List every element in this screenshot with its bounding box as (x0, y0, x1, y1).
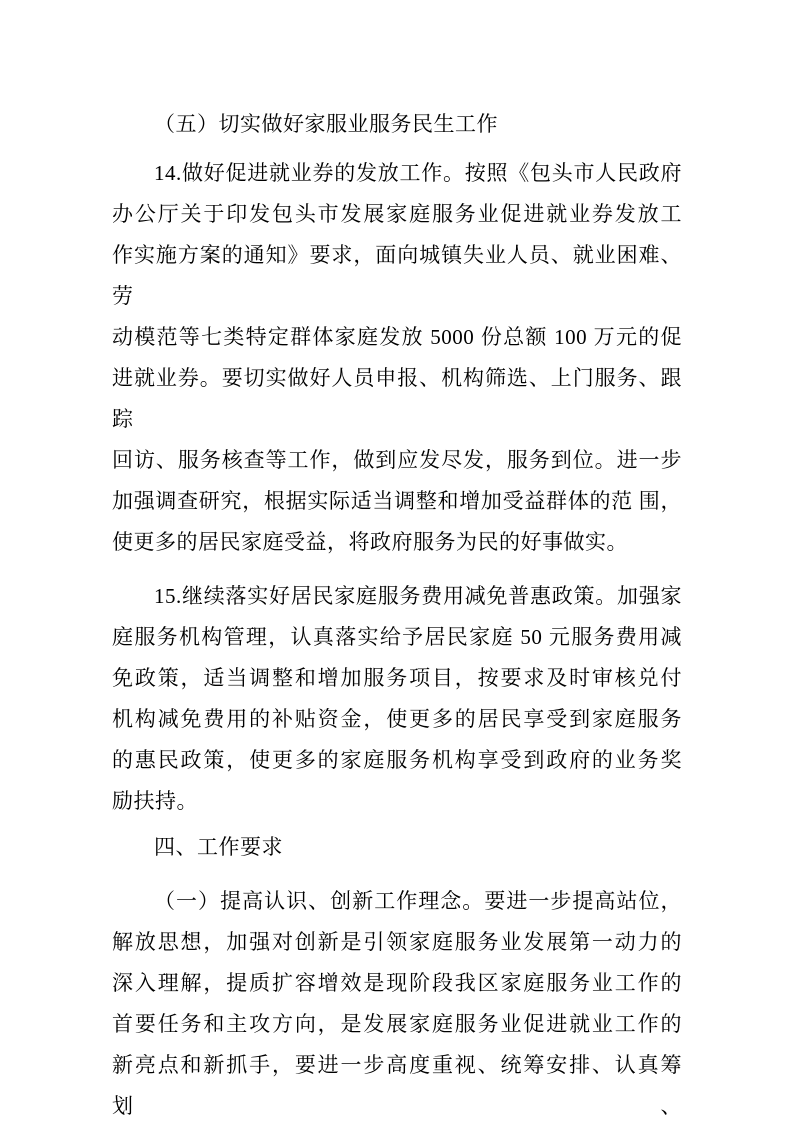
text-line: 机构减免费用的补贴资金，使更多的居民享受到家庭服务 (112, 699, 682, 740)
text-line: 首要任务和主攻方向，是发展家庭服务业促进就业工作的 (112, 1004, 682, 1045)
text-line: 免政策，适当调整和增加服务项目，按要求及时审核兑付 (112, 658, 682, 699)
text-line: 回访、服务核查等工作，做到应发尽发，服务到位。进一步 (112, 440, 682, 481)
text-line: 使更多的居民家庭受益，将政府服务为民的好事做实。 (112, 522, 682, 563)
text-line: 的惠民政策，使更多的家庭服务机构享受到政府的业务奖 (112, 740, 682, 781)
text-line: 解放思想，加强对创新是引领家庭服务业发展第一动力的 (112, 922, 682, 963)
section-heading-4: 四、工作要求 (112, 827, 682, 868)
text-line: 进就业券。要切实做好人员申报、机构筛选、上门服务、跟踪 (112, 358, 682, 440)
text-line: 作实施方案的通知》要求，面向城镇失业人员、就业困难、劳 (112, 235, 682, 317)
paragraph-15: 15.继续落实好居民家庭服务费用减免普惠政策。加强家 庭服务机构管理，认真落实给… (112, 576, 682, 822)
text-line: 新亮点和新抓手，要进一步高度重视、统筹安排、认真筹划、 (112, 1045, 682, 1122)
text-line: 办公厅关于印发包头市发展家庭服务业促进就业券发放工 (112, 194, 682, 235)
text-line: 加强调查研究，根据实际适当调整和增加受益群体的范 围， (112, 481, 682, 522)
section-heading-5: （五）切实做好家服业服务民生工作 (112, 104, 682, 145)
text-line: （一）提高认识、创新工作理念。要进一步提高站位， (112, 881, 682, 922)
document-page: （五）切实做好家服业服务民生工作 14.做好促进就业券的发放工作。按照《包头市人… (0, 0, 793, 1122)
text-line: 14.做好促进就业券的发放工作。按照《包头市人民政府 (112, 153, 682, 194)
text-line: 深入理解，提质扩容增效是现阶段我区家庭服务业工作的 (112, 963, 682, 1004)
section-heading-text: （五）切实做好家服业服务民生工作 (112, 104, 682, 145)
text-line: 15.继续落实好居民家庭服务费用减免普惠政策。加强家 (112, 576, 682, 617)
paragraph-14: 14.做好促进就业券的发放工作。按照《包头市人民政府 办公厅关于印发包头市发展家… (112, 153, 682, 563)
section-heading-text: 四、工作要求 (112, 827, 682, 868)
text-line: 庭服务机构管理，认真落实给予居民家庭 50 元服务费用减 (112, 617, 682, 658)
text-line: 励扶持。 (112, 781, 682, 822)
paragraph-yi: （一）提高认识、创新工作理念。要进一步提高站位， 解放思想，加强对创新是引领家庭… (112, 881, 682, 1122)
document-body: （五）切实做好家服业服务民生工作 14.做好促进就业券的发放工作。按照《包头市人… (112, 104, 682, 1122)
text-line: 动模范等七类特定群体家庭发放 5000 份总额 100 万元的促 (112, 317, 682, 358)
